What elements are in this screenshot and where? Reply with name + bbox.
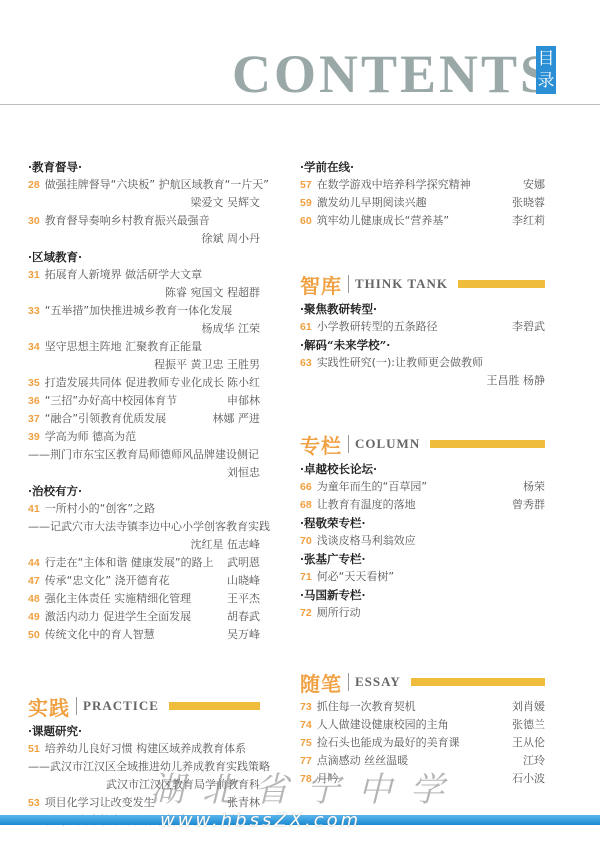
entry-title: 厕所行动 [317, 606, 361, 619]
entry-title: 传承“忠文化” 浇开德育花 [45, 574, 170, 587]
page-number: 61 [300, 321, 312, 333]
page-number: 66 [300, 481, 312, 493]
page-number: 60 [300, 215, 312, 227]
toc-entry[interactable]: 34坚守思想主阵地 汇聚教育正能量 [28, 338, 260, 356]
entry-title: 小学教研转型的五条路径 [317, 320, 438, 333]
toc-entry[interactable]: 61小学教研转型的五条路径李碧武 [300, 318, 545, 336]
entry-subtitle: ——记武穴市大法寺镇李边中心小学创客教育实践 [28, 518, 260, 536]
page-number: 28 [28, 179, 40, 191]
entry-title: 何必“天天看树” [317, 570, 394, 583]
toc-entry[interactable]: 51培养幼儿良好习惯 构建区域养成教育体系 [28, 740, 260, 758]
section-divider [348, 435, 349, 453]
watermark-text: 湖北省宁中学 [150, 762, 462, 811]
page-number: 35 [28, 377, 40, 389]
entry-title: 教育督导奏响乡村教育振兴最强音 [45, 214, 210, 227]
entry-authors: 沈红星 伍志峰 [28, 536, 260, 554]
section-header-essay: 随笔 ESSAY [300, 668, 545, 696]
entry-authors: 徐斌 周小丹 [28, 230, 260, 248]
toc-entry[interactable]: 68让教育有温度的落地曾秀群 [300, 496, 545, 514]
toc-entry[interactable]: 36“三招”办好高中校园体育节申郁林 [28, 392, 260, 410]
entry-author: 李碧武 [512, 318, 545, 336]
entry-author: 杨荣 [523, 478, 545, 496]
entry-author: 张德兰 [512, 716, 545, 734]
section-title-en: ESSAY [355, 674, 401, 690]
page-number: 48 [28, 593, 40, 605]
header-divider [0, 104, 600, 105]
left-column: ·教育督导· 28做强挂牌督导“六块板” 护航区域教育“一片天” 梁爱文 吴辉文… [28, 158, 260, 830]
entry-title: 捡石头也能成为最好的美育课 [317, 736, 460, 749]
toc-entry[interactable]: 49激活内动力 促进学生全面发展胡春武 [28, 608, 260, 626]
entry-title: 浅谈皮格马利翁效应 [317, 534, 416, 547]
toc-entry[interactable]: 31拓展育人新境界 做活研学大文章 [28, 266, 260, 284]
toc-entry[interactable]: 60筑牢幼儿健康成长“营养基”李红莉 [300, 212, 545, 230]
page-number: 49 [28, 611, 40, 623]
toc-entry[interactable]: 57在数学游戏中培养科学探究精神安娜 [300, 176, 545, 194]
entry-author: 山晓峰 [227, 572, 260, 590]
page-number: 50 [28, 629, 40, 641]
category-heading: ·学前在线· [300, 158, 545, 176]
page-number: 51 [28, 743, 40, 755]
toc-entry[interactable]: 28做强挂牌督导“六块板” 护航区域教育“一片天” [28, 176, 260, 194]
category-heading: ·治校有方· [28, 482, 260, 500]
page-number: 36 [28, 395, 40, 407]
entry-title: 坚守思想主阵地 汇聚教育正能量 [45, 340, 203, 353]
toc-entry[interactable]: 37“融合”引领教育优质发展林娜 严进 [28, 410, 260, 428]
entry-authors: 梁爱文 吴辉文 [28, 194, 260, 212]
entry-authors: 程振平 黄卫忠 王胜男 [28, 356, 260, 374]
entry-title: “三招”办好高中校园体育节 [45, 394, 177, 407]
entry-author: 曾秀群 [512, 496, 545, 514]
entry-title: 激发幼儿早期阅读兴趣 [317, 196, 427, 209]
section-accent-bar [430, 440, 545, 448]
toc-entry[interactable]: 50传统文化中的育人智慧吴万峰 [28, 626, 260, 644]
section-title-en: THINK TANK [355, 276, 448, 292]
entry-author: 石小波 [512, 770, 545, 788]
section-header-thinktank: 智库 THINK TANK [300, 270, 545, 298]
entry-authors: 王昌胜 杨静 [300, 372, 545, 390]
entry-author: 林娜 严进 [213, 410, 261, 428]
entry-title: 实践性研究(一):让教师更会做教师 [317, 356, 483, 369]
section-header-column: 专栏 COLUMN [300, 430, 545, 458]
entry-title: 传统文化中的育人智慧 [45, 628, 155, 641]
entry-authors: 陈睿 宛国文 程超群 [28, 284, 260, 302]
page-number: 72 [300, 607, 312, 619]
entry-author: 吴万峰 [227, 626, 260, 644]
page-number: 30 [28, 215, 40, 227]
entry-title: 打造发展共同体 促进教师专业化成长 [45, 376, 225, 389]
section-divider [348, 673, 349, 691]
entry-title: 拓展育人新境界 做活研学大文章 [45, 268, 203, 281]
entry-subtitle: ——荆门市东宝区教育局师德师风品牌建设侧记 [28, 446, 260, 464]
category-heading: ·课题研究· [28, 722, 260, 740]
page-number: 68 [300, 499, 312, 511]
watermark-url: www.hbssZX.com [160, 810, 361, 831]
toc-entry[interactable]: 75捡石头也能成为最好的美育课王从伦 [300, 734, 545, 752]
entry-title: 激活内动力 促进学生全面发展 [45, 610, 192, 623]
entry-title: 做强挂牌督导“六块板” 护航区域教育“一片天” [45, 178, 269, 191]
entry-title: 培养幼儿良好习惯 构建区域养成教育体系 [45, 742, 247, 755]
entry-author: 王从伦 [512, 734, 545, 752]
entry-author: 李红莉 [512, 212, 545, 230]
category-heading: ·卓越校长论坛· [300, 460, 545, 478]
section-title-cn: 实践 [28, 692, 70, 721]
page-number: 44 [28, 557, 40, 569]
toc-entry[interactable]: 48强化主体责任 实施精细化管理王平杰 [28, 590, 260, 608]
entry-author: 江玲 [523, 752, 545, 770]
category-heading: ·聚焦教研转型· [300, 300, 545, 318]
category-heading: ·马国新专栏· [300, 586, 545, 604]
toc-entry[interactable]: 73抓住每一次教育契机刘肖媛 [300, 698, 545, 716]
page-number: 53 [28, 797, 40, 809]
section-accent-bar [458, 280, 545, 288]
section-header-practice: 实践 PRACTICE [28, 692, 260, 720]
category-heading: ·解码“未来学校”· [300, 336, 545, 354]
entry-title: “五举措”加快推进城乡教育一体化发展 [45, 304, 232, 317]
page-number: 57 [300, 179, 312, 191]
toc-entry[interactable]: 41一所村小的“创客”之路 [28, 500, 260, 518]
page-number: 70 [300, 535, 312, 547]
entry-title: 学高为师 德高为范 [45, 430, 137, 443]
entry-title: 让教育有温度的落地 [317, 498, 416, 511]
page-number: 73 [300, 701, 312, 713]
category-heading: ·程敬荣专栏· [300, 514, 545, 532]
toc-entry[interactable]: 47传承“忠文化” 浇开德育花山晓峰 [28, 572, 260, 590]
entry-title: 筑牢幼儿健康成长“营养基” [317, 214, 449, 227]
page-number: 47 [28, 575, 40, 587]
entry-author: 刘肖媛 [512, 698, 545, 716]
entry-title: 在数学游戏中培养科学探究精神 [317, 178, 471, 191]
page-number: 33 [28, 305, 40, 317]
section-title-cn: 专栏 [300, 430, 342, 459]
page-number: 31 [28, 269, 40, 281]
category-heading: ·张基广专栏· [300, 550, 545, 568]
section-title-cn: 智库 [300, 270, 342, 299]
entry-authors: 刘恒忠 [28, 464, 260, 482]
entry-author: 张晓蓉 [512, 194, 545, 212]
page-number: 75 [300, 737, 312, 749]
toc-entry[interactable]: 35打造发展共同体 促进教师专业化成长陈小红 [28, 374, 260, 392]
entry-author: 安娜 [523, 176, 545, 194]
page-number: 71 [300, 571, 312, 583]
page-number: 37 [28, 413, 40, 425]
toc-entry[interactable]: 39学高为师 德高为范 [28, 428, 260, 446]
category-heading: ·区域教育· [28, 248, 260, 266]
page-number: 39 [28, 431, 40, 443]
toc-entry[interactable]: 30教育督导奏响乡村教育振兴最强音 [28, 212, 260, 230]
entry-author: 胡春武 [227, 608, 260, 626]
category-heading: ·教育督导· [28, 158, 260, 176]
section-accent-bar [169, 702, 260, 710]
section-title-en: PRACTICE [83, 698, 159, 714]
toc-entry[interactable]: 74人人做建设健康校园的主角张德兰 [300, 716, 545, 734]
entry-title: “融合”引领教育优质发展 [45, 412, 166, 425]
toc-entry[interactable]: 33“五举措”加快推进城乡教育一体化发展 [28, 302, 260, 320]
entry-authors: 杨成华 江荣 [28, 320, 260, 338]
entry-title: 人人做建设健康校园的主角 [317, 718, 449, 731]
entry-title: 项目化学习让改变发生 [45, 796, 155, 809]
right-column: ·学前在线· 57在数学游戏中培养科学探究精神安娜 59激发幼儿早期阅读兴趣张晓… [300, 158, 545, 788]
entry-author: 申郁林 [227, 392, 260, 410]
page-title: CONTENTS [232, 44, 553, 104]
entry-title: 行走在“主体和谐 健康发展”的路上 [45, 556, 214, 569]
section-divider [76, 697, 77, 715]
toc-entry[interactable]: 63实践性研究(一):让教师更会做教师 [300, 354, 545, 372]
page-number: 59 [300, 197, 312, 209]
entry-title: 强化主体责任 实施精细化管理 [45, 592, 192, 605]
entry-author: 王平杰 [227, 590, 260, 608]
toc-entry[interactable]: 44行走在“主体和谐 健康发展”的路上武明恩 [28, 554, 260, 572]
page-number: 34 [28, 341, 40, 353]
page-number: 41 [28, 503, 40, 515]
section-title-cn: 随笔 [300, 668, 342, 697]
toc-entry[interactable]: 71何必“天天看树” [300, 568, 545, 586]
toc-entry[interactable]: 66为童年而生的“百草园”杨荣 [300, 478, 545, 496]
page-number: 74 [300, 719, 312, 731]
entry-author: 陈小红 [227, 374, 260, 392]
section-accent-bar [411, 678, 545, 686]
page-number: 63 [300, 357, 312, 369]
section-title-en: COLUMN [355, 436, 420, 452]
mulu-badge: 目录 [536, 46, 556, 94]
entry-title: 为童年而生的“百草园” [317, 480, 427, 493]
toc-entry[interactable]: 72厕所行动 [300, 604, 545, 622]
toc-entry[interactable]: 70浅谈皮格马利翁效应 [300, 532, 545, 550]
entry-author: 武明恩 [227, 554, 260, 572]
entry-title: 抓住每一次教育契机 [317, 700, 416, 713]
section-divider [348, 275, 349, 293]
toc-entry[interactable]: 59激发幼儿早期阅读兴趣张晓蓉 [300, 194, 545, 212]
entry-title: 一所村小的“创客”之路 [45, 502, 155, 515]
